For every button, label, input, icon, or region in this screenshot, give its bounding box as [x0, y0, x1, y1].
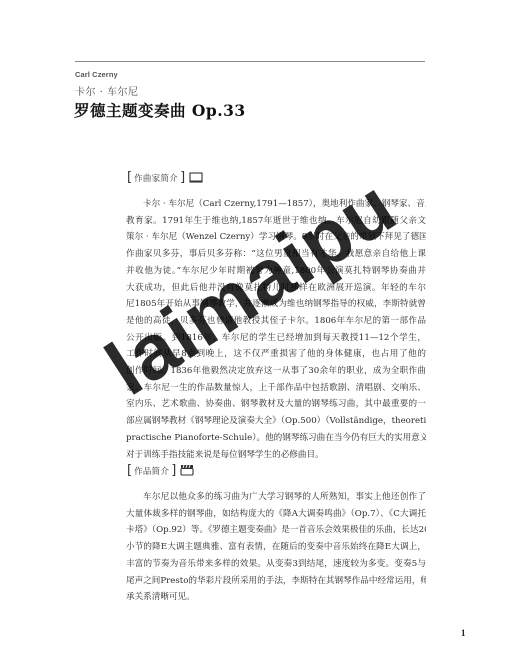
text-line: 部应属钢琴教材《钢琴理论及演奏大全》（Op.500）（Vollständige，…: [126, 413, 426, 430]
composer-name-english: Carl Czerny: [75, 70, 118, 79]
text-line: 大量体裁多样的钢琴曲，如结构庞大的《降A大调奏鸣曲》（Op.7）、《C大调托: [126, 506, 426, 523]
section-heading-label: 作曲家简介: [134, 172, 178, 184]
section-heading-label: 作品简介: [134, 465, 169, 477]
header-rule: [75, 61, 425, 62]
book-icon: [189, 168, 203, 187]
bracket-open: [: [127, 464, 132, 477]
text-line: 公开出版。到1816年，车尔尼的学生已经增加到每天教授11—12个学生，: [126, 330, 426, 347]
document-page: Carl Czerny 卡尔 · 车尔尼 罗德主题变奏曲 Op.33 [ 作曲家…: [0, 0, 510, 662]
section-heading-composer: [ 作曲家简介 ]: [127, 168, 203, 187]
composer-name-chinese: 卡尔 · 车尔尼: [75, 83, 139, 98]
text-line: 小节的降E大调主题典雅、富有表情，在随后的变奏中音乐始终在降E大调上，: [126, 539, 426, 556]
text-line: 作曲家贝多芬，事后贝多芬称：“这位男童相当有才华，我愿意亲自给他上课: [126, 246, 426, 263]
text-line: 创作时间。1836年他毅然决定放弃这一从事了30余年的职业，成为全职作曲: [126, 363, 426, 380]
text-line: 车尔尼以他众多的练习曲为广大学习钢琴的人所熟知，事实上他还创作了: [126, 489, 426, 506]
bracket-close: ]: [180, 171, 185, 184]
text-line: practische Pianoforte-Schule）。他的钢琴练习曲在当今…: [126, 430, 426, 447]
bracket-close: ]: [171, 464, 176, 477]
text-line: 并收他为徒。”车尔尼少年时期被誉为神童,1800年公演莫扎特钢琴协奏曲并: [126, 263, 426, 280]
text-line: 策尔 · 车尔尼（Wenzel Czerny）学习钢琴。9岁时在父亲的带领下拜见…: [126, 229, 426, 246]
text-line: 承关系清晰可见。: [126, 589, 426, 606]
text-line: 尼1805年开始从事钢琴教学，并逐渐成为维也纳钢琴指导的权威，李斯特就曾: [126, 296, 426, 313]
text-line: 大获成功，但此后他并没有像莫扎特儿时那样在欧洲展开巡演。年轻的车尔: [126, 280, 426, 297]
text-line: 丰富的节奏为音乐带来多样的效果。从变奏3到结尾，速度较为多变。变奏5与: [126, 556, 426, 573]
text-line: 室内乐、艺术歌曲、协奏曲、钢琴教材及大量的钢琴练习曲，其中最重要的一: [126, 396, 426, 413]
clapperboard-icon: [180, 461, 194, 480]
text-line: 教育家。1791年生于维也纳,1857年逝世于维也纳。车尔尼自幼跟随父亲文: [126, 213, 426, 230]
text-line: 卡尔 · 车尔尼（Carl Czerny,1791—1857），奥地利作曲家、钢…: [126, 196, 426, 213]
page-number: 1: [461, 628, 466, 638]
text-line: 工作时间从早8点到晚上，这不仅严重损害了他的身体健康，也占用了他的: [126, 346, 426, 363]
composer-intro-paragraph: 卡尔 · 车尔尼（Carl Czerny,1791—1857），奥地利作曲家、钢…: [126, 196, 426, 463]
bracket-open: [: [127, 171, 132, 184]
text-line: 尾声之间Presto的华彩片段所采用的手法，李斯特在其钢琴作品中经常运用，师: [126, 573, 426, 590]
piece-title: 罗德主题变奏曲 Op.33: [74, 99, 246, 121]
text-line: 卡塔》（Op.92）等。《罗德主题变奏曲》是一首音乐会效果极佳的乐曲，长达20: [126, 522, 426, 539]
work-intro-paragraph: 车尔尼以他众多的练习曲为广大学习钢琴的人所熟知，事实上他还创作了 大量体裁多样的…: [126, 489, 426, 606]
text-line: 家。车尔尼一生的作品数量惊人，上千部作品中包括歌剧、清唱剧、交响乐、: [126, 380, 426, 397]
section-heading-work: [ 作品简介 ]: [127, 461, 194, 480]
text-line: 是他的高徒，贝多芬也曾请他教授其侄子卡尔。1806年车尔尼的第一部作品: [126, 313, 426, 330]
